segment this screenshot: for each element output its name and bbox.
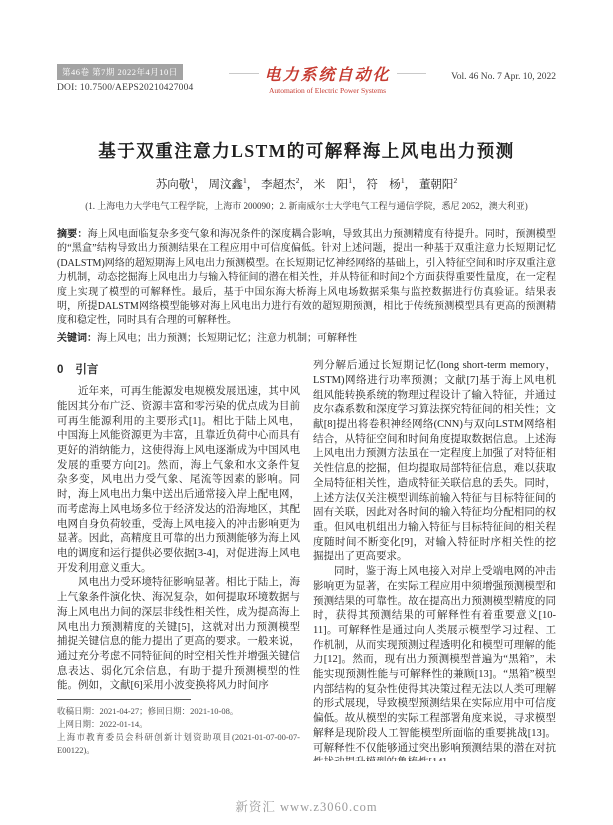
- body-columns: 0引言 近年来，可再生能源发电规模发展迅速，其中风能因其分布广泛、资源丰富和零污…: [57, 359, 556, 761]
- affiliation-line: (1. 上海电力大学电气工程学院，上海市 200090；2. 新南威尔士大学电气…: [57, 199, 556, 212]
- keywords-label: 关键词：: [57, 333, 97, 344]
- author: 苏向敬1，: [156, 179, 206, 191]
- header-issue-block: 第46卷 第7期 2022年4月10日 DOI: 10.7500/AEPS202…: [57, 62, 229, 93]
- footnote-line: 收稿日期：2021-04-27；修回日期：2021-10-08。: [57, 705, 300, 718]
- author: 米 阳1，: [314, 179, 364, 191]
- author-line: 苏向敬1， 周汶鑫1， 李超杰2， 米 阳1， 符 杨1， 董朝阳2: [57, 176, 556, 192]
- body-paragraph: 近年来，可再生能源发电规模发展迅速，其中风能因其分布广泛、资源丰富和零污染的优点…: [57, 385, 300, 576]
- author: 李超杰2，: [261, 179, 311, 191]
- journal-name-cn: 电力系统自动化: [265, 62, 391, 85]
- author: 符 杨1，: [366, 179, 416, 191]
- journal-name-en: Automation of Electric Power Systems: [269, 86, 386, 95]
- abstract-text: 海上风电面临复杂多变气象和海况条件的深度耦合影响，导致其出力预测精度有待提升。同…: [57, 229, 556, 326]
- footnote-line: 上网日期：2022-01-14。: [57, 718, 300, 731]
- watermark-text: 新资汇 www.z3060.com: [235, 797, 377, 815]
- header-rule-right: [397, 73, 427, 74]
- footnote-line: 上海市教育委员会科研创新计划资助项目(2021-01-07-00-07-E001…: [57, 731, 300, 757]
- body-paragraph: 列分解后通过长短期记忆(long short-term memory，LSTM)…: [313, 359, 556, 565]
- abstract: 摘要：海上风电面临复杂多变气象和海况条件的深度耦合影响，导致其出力预测精度有待提…: [57, 228, 556, 329]
- journal-page: 第46卷 第7期 2022年4月10日 DOI: 10.7500/AEPS202…: [0, 0, 613, 825]
- right-column: 列分解后通过长短期记忆(long short-term memory，LSTM)…: [313, 359, 556, 761]
- section-heading-intro: 0引言: [57, 361, 300, 377]
- footnote-rule: [57, 699, 191, 700]
- header-rule-left: [229, 73, 259, 74]
- page-header: 第46卷 第7期 2022年4月10日 DOI: 10.7500/AEPS202…: [57, 62, 556, 106]
- author: 周汶鑫1，: [208, 179, 258, 191]
- abstract-label: 摘要：: [57, 229, 88, 240]
- left-column: 0引言 近年来，可再生能源发电规模发展迅速，其中风能因其分布广泛、资源丰富和零污…: [57, 359, 300, 761]
- doi-text: DOI: 10.7500/AEPS20210427004: [57, 83, 229, 93]
- keywords: 关键词：海上风电；出力预测；长短期记忆；注意力机制；可解释性: [57, 332, 556, 346]
- keywords-text: 海上风电；出力预测；长短期记忆；注意力机制；可解释性: [97, 333, 357, 344]
- body-paragraph: 同时，鉴于海上风电接入对岸上受端电网的冲击影响更为显著，在实际工程应用中须增强预…: [313, 565, 556, 761]
- footnote-block: 收稿日期：2021-04-27；修回日期：2021-10-08。 上网日期：20…: [57, 699, 300, 761]
- issue-box: 第46卷 第7期 2022年4月10日: [57, 64, 183, 80]
- paper-title: 基于双重注意力LSTM的可解释海上风电出力预测: [57, 138, 556, 163]
- volume-info: Vol. 46 No. 7 Apr. 10, 2022: [426, 62, 556, 82]
- author: 董朝阳2: [419, 179, 457, 191]
- section-number: 0: [57, 364, 63, 376]
- section-title: 引言: [75, 364, 98, 376]
- body-paragraph: 风电出力受环境特征影响显著。相比于陆上，海上气象条件演化快、海况复杂，如何提取环…: [57, 576, 300, 694]
- journal-logo-block: 电力系统自动化 Automation of Electric Power Sys…: [229, 62, 426, 95]
